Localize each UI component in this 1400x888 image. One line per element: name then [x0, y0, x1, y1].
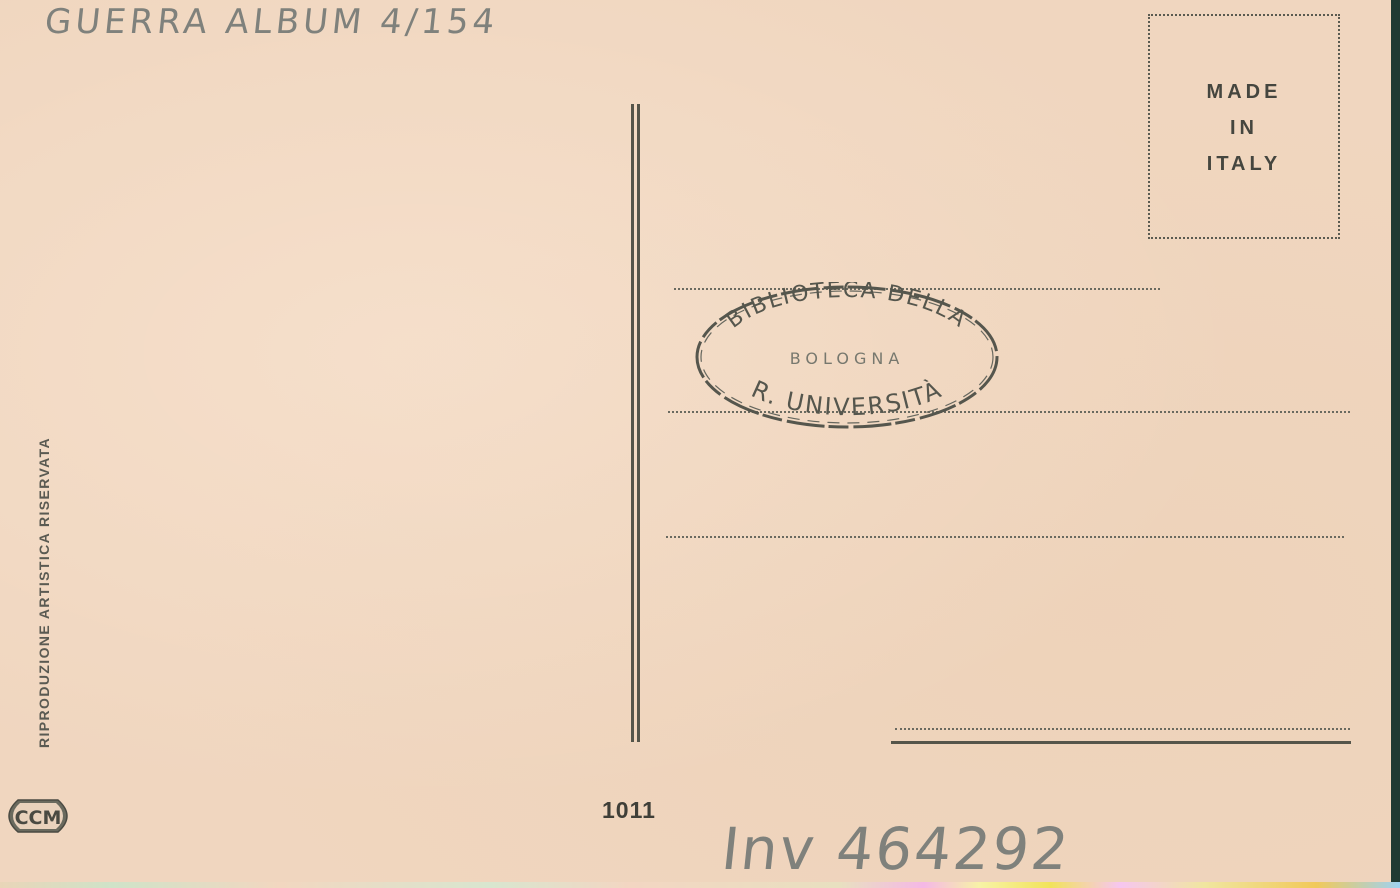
postage-stamp-box: MADE IN ITALY [1148, 14, 1340, 239]
rights-reserved-caption: RIPRODUZIONE ARTISTICA RISERVATA [36, 437, 52, 748]
scan-color-calibration-strip [0, 882, 1400, 888]
svg-text:CCM: CCM [15, 807, 62, 829]
library-ownership-stamp: BIBLIOTECA DELLA BOLOGNA R. UNIVERSITÀ [694, 282, 1000, 432]
stamp-box-line-3: ITALY [1207, 146, 1281, 182]
address-line-4 [895, 728, 1350, 730]
center-divider-line [631, 104, 641, 742]
svg-text:R. UNIVERSITÀ: R. UNIVERSITÀ [747, 374, 946, 421]
postcard-back: GUERRA ALBUM 4/154 MADE IN ITALY BIBLIOT… [0, 0, 1390, 882]
stamp-box-line-2: IN [1230, 110, 1258, 146]
svg-text:BIBLIOTECA DELLA: BIBLIOTECA DELLA [722, 282, 972, 333]
handwritten-inventory-number: Inv 464292 [718, 815, 1073, 883]
address-line-3 [666, 536, 1344, 538]
stamp-middle-text: BOLOGNA [790, 349, 905, 368]
publisher-logo-icon: CCM [8, 798, 68, 834]
stamp-top-text: BIBLIOTECA DELLA [722, 282, 972, 333]
stamp-box-line-1: MADE [1207, 74, 1282, 110]
address-underline [891, 741, 1351, 744]
handwritten-album-reference: GUERRA ALBUM 4/154 [43, 2, 500, 42]
card-serial-number: 1011 [602, 797, 656, 824]
scan-background-edge [1391, 0, 1400, 884]
stamp-bottom-text: R. UNIVERSITÀ [747, 374, 946, 421]
